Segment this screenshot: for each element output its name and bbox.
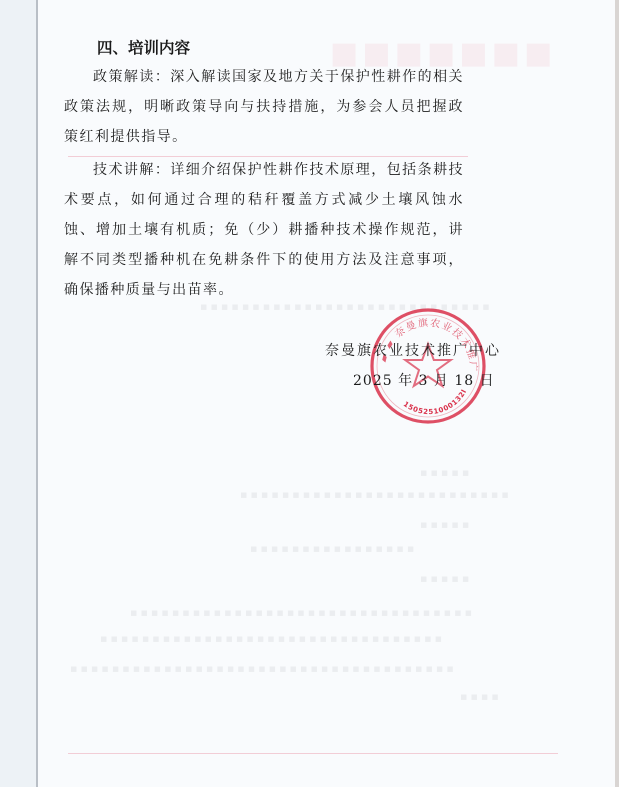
scan-background-left: [0, 0, 36, 787]
page-right-edge: [615, 0, 619, 787]
bleed-through-text: ▪▪▪▪▪▪▪▪▪▪▪▪▪▪▪▪▪▪▪▪▪▪▪▪▪▪: [240, 488, 512, 501]
bleed-through-text: ▪▪▪▪▪: [420, 466, 472, 479]
signature-organization: 奈曼旗农业技术推广中心: [325, 340, 501, 360]
paragraph-text: 政策解读：深入解读国家及地方关于保护性耕作的相关政策法规，明晰政策导向与扶持措施…: [64, 69, 464, 145]
bleed-through-text: ▪▪▪▪▪▪▪▪▪▪▪▪▪▪▪▪▪▪▪▪▪▪▪▪▪▪▪▪▪▪▪▪▪: [100, 632, 445, 645]
paragraph-technical-explanation: 技术讲解：详细介绍保护性耕作技术原理，包括条耕技术要点，如何通过合理的秸秆覆盖方…: [64, 155, 464, 305]
bleed-through-red-rule-bottom: [68, 753, 558, 754]
paragraph-text: 技术讲解：详细介绍保护性耕作技术原理，包括条耕技术要点，如何通过合理的秸秆覆盖方…: [64, 162, 464, 298]
bleed-through-text: ▪▪▪▪▪▪▪▪▪▪▪▪▪▪▪▪▪▪▪▪▪▪▪▪▪▪▪▪▪▪▪▪▪: [130, 606, 475, 619]
bleed-through-text: ▪▪▪▪▪: [420, 518, 472, 531]
official-seal-icon: ▰ ▰ 奈曼旗农业技术推广中心 1505251000132I: [368, 306, 488, 426]
paragraph-policy-interpretation: 政策解读：深入解读国家及地方关于保护性耕作的相关政策法规，明晰政策导向与扶持措施…: [64, 62, 464, 152]
signature-date: 2025 年 3 月 18 日: [353, 370, 495, 390]
bleed-through-text: ▪▪▪▪▪▪▪▪▪▪▪▪▪▪▪▪▪▪▪▪▪▪▪▪▪▪▪▪▪▪▪▪▪▪▪▪▪: [70, 662, 457, 675]
bleed-through-text: ▪▪▪▪: [460, 690, 502, 703]
bleed-through-text: ▪▪▪▪▪▪▪▪▪▪▪▪▪▪▪▪: [250, 542, 417, 555]
bleed-through-text: ▪▪▪▪▪: [420, 572, 472, 585]
section-heading: 四、培训内容: [97, 36, 190, 58]
